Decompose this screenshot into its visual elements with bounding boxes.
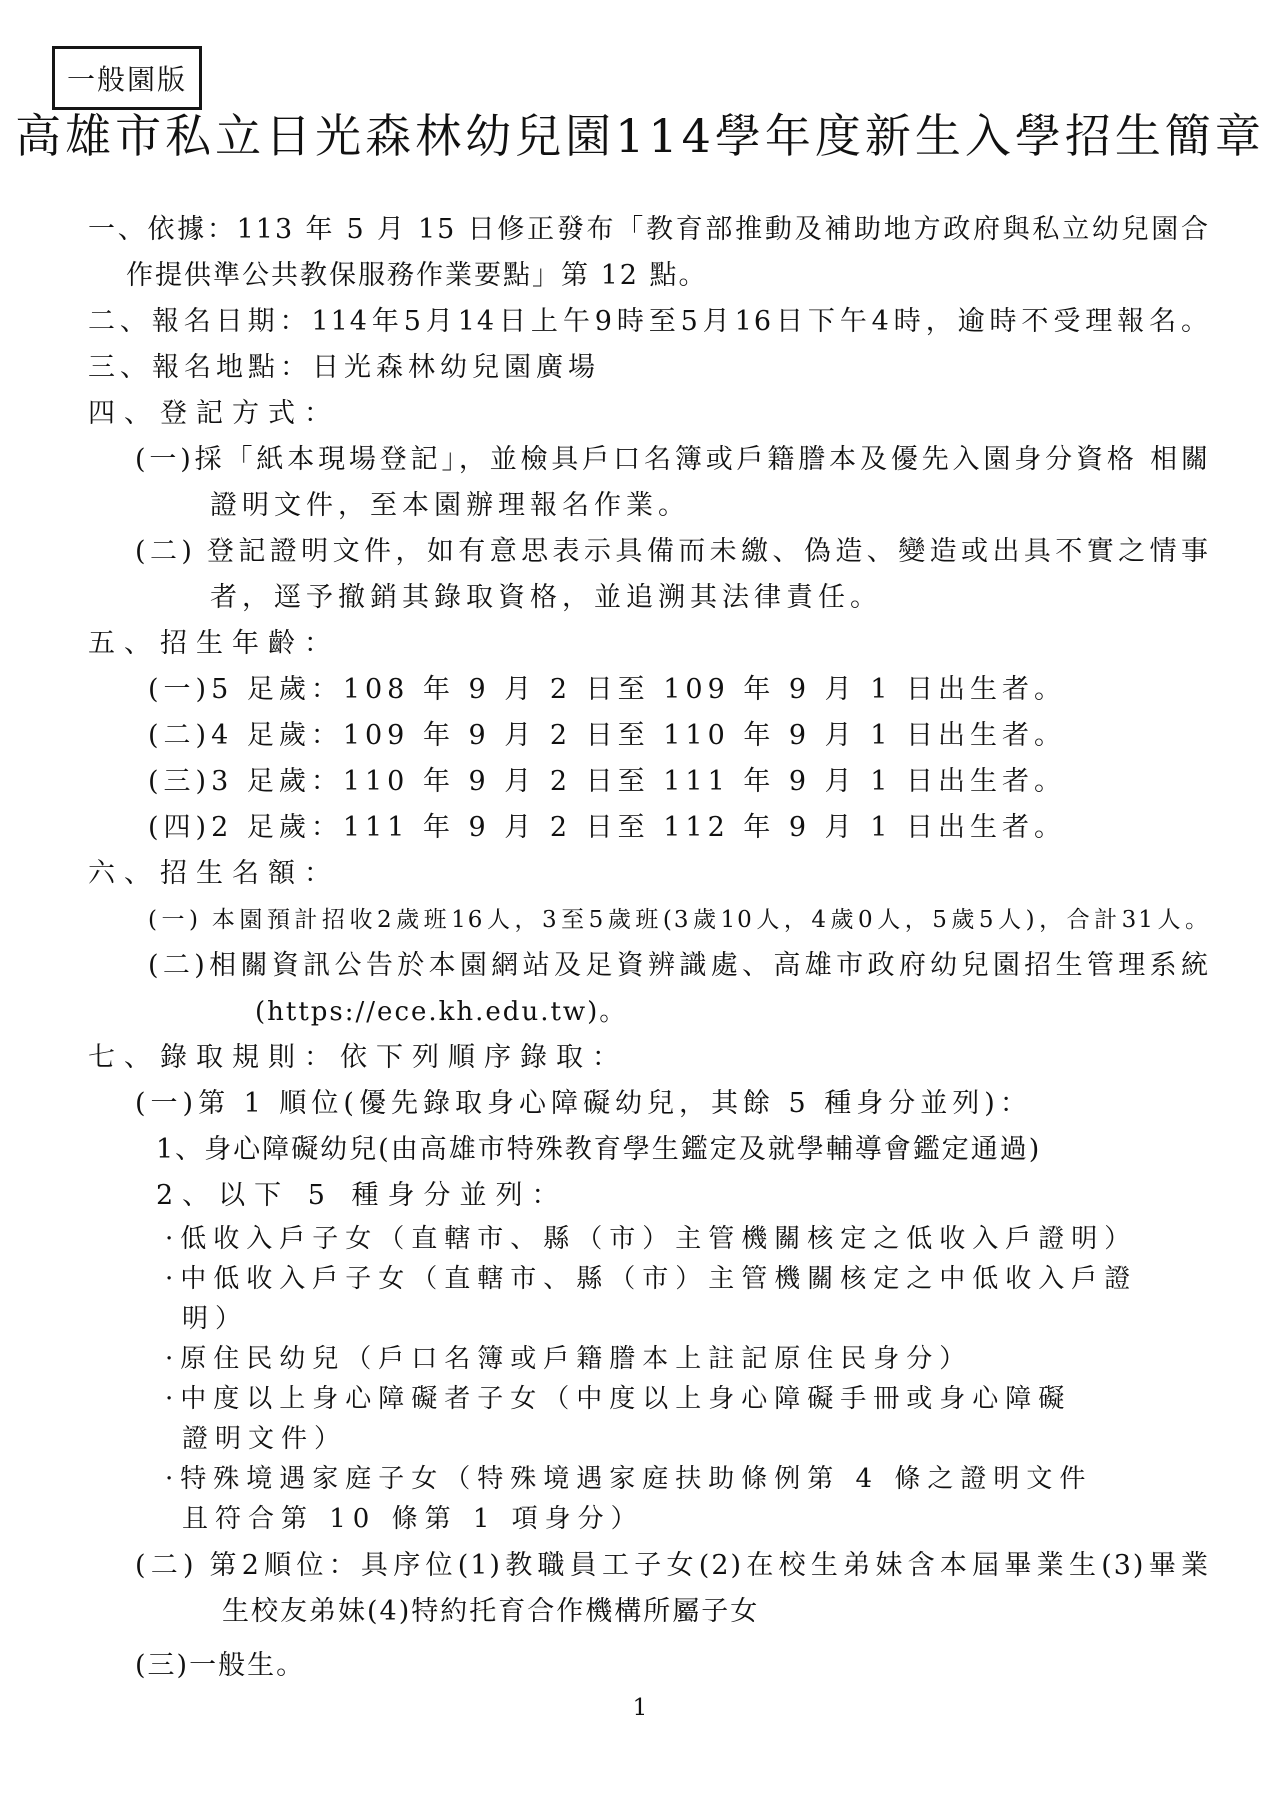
text-line: (三)一般生。 xyxy=(135,1643,1280,1689)
text-line: (二) 第2順位：具序位(1)教職員工子女(2)在校生弟妹含本屆畢業生(3)畢業 xyxy=(135,1543,1210,1589)
document-page: 一般園版 高雄市私立日光森林幼兒園114學年度新生入學招生簡章 一、依據：113… xyxy=(0,0,1280,1810)
text-line: (四)2 足歲：111 年 9 月 2 日至 112 年 9 月 1 日出生者。 xyxy=(148,805,1280,851)
text-line: (一)5 足歲：108 年 9 月 2 日至 109 年 9 月 1 日出生者。 xyxy=(148,667,1280,713)
text-line: 2、以下 5 種身分並列： xyxy=(156,1173,1280,1219)
text-line: 二、報名日期：114年5月14日上午9時至5月16日下午4時，逾時不受理報名。 xyxy=(88,299,1210,345)
text-line: 五、招生年齡： xyxy=(88,621,1280,667)
text-line: ·中低收入戶子女（直轄市、縣（市）主管機關核定之中低收入戶證 xyxy=(165,1259,1280,1299)
text-line: ·特殊境遇家庭子女（特殊境遇家庭扶助條例第 4 條之證明文件 xyxy=(165,1459,1280,1499)
page-number: 1 xyxy=(0,1695,1280,1721)
text-line: (一)採「紙本現場登記」，並檢具戶口名簿或戶籍謄本及優先入園身分資格 相關 xyxy=(135,437,1210,483)
text-line: 七、錄取規則：依下列順序錄取： xyxy=(88,1035,1280,1081)
text-line: 生校友弟妹(4)特約托育合作機構所屬子女 xyxy=(222,1589,1280,1635)
text-line: 四、登記方式： xyxy=(88,391,1280,437)
text-line: 作提供準公共教保服務作業要點」第 12 點。 xyxy=(126,253,1280,299)
text-line: 明） xyxy=(182,1299,1280,1339)
text-line: 1、身心障礙幼兒(由高雄市特殊教育學生鑑定及就學輔導會鑑定通過) xyxy=(156,1127,1280,1173)
text-line: ·低收入戶子女（直轄市、縣（市）主管機關核定之低收入戶證明） xyxy=(165,1219,1280,1259)
text-line: (二) 登記證明文件，如有意思表示具備而未繳、偽造、變造或出具不實之情事 xyxy=(135,529,1210,575)
text-line: (一)第 1 順位(優先錄取身心障礙幼兒，其餘 5 種身分並列)： xyxy=(135,1081,1280,1127)
text-line: (二)相關資訊公告於本園網站及足資辨識處、高雄市政府幼兒園招生管理系統 xyxy=(148,943,1210,989)
text-line: ·中度以上身心障礙者子女（中度以上身心障礙手冊或身心障礙 xyxy=(165,1379,1280,1419)
text-line: (https://ece.kh.edu.tw)。 xyxy=(255,989,1280,1035)
document-body: 一、依據：113 年 5 月 15 日修正發布「教育部推動及補助地方政府與私立幼… xyxy=(0,207,1280,1689)
text-line: 六、招生名額： xyxy=(88,851,1280,897)
text-line: (三)3 足歲：110 年 9 月 2 日至 111 年 9 月 1 日出生者。 xyxy=(148,759,1280,805)
text-line: (一) 本園預計招收2歲班16人，3至5歲班(3歲10人，4歲0人，5歲5人)，… xyxy=(148,897,1210,943)
text-line: 證明文件） xyxy=(182,1419,1280,1459)
document-title: 高雄市私立日光森林幼兒園114學年度新生入學招生簡章 xyxy=(0,100,1280,166)
text-line: 證明文件，至本園辦理報名作業。 xyxy=(210,483,1280,529)
text-line: 一、依據：113 年 5 月 15 日修正發布「教育部推動及補助地方政府與私立幼… xyxy=(88,207,1210,253)
text-line: 且符合第 10 條第 1 項身分） xyxy=(182,1499,1280,1539)
text-line: 者，逕予撤銷其錄取資格，並追溯其法律責任。 xyxy=(210,575,1280,621)
text-line: 三、報名地點：日光森林幼兒園廣場 xyxy=(88,345,1280,391)
text-line: ·原住民幼兒（戶口名簿或戶籍謄本上註記原住民身分） xyxy=(165,1339,1280,1379)
text-line: (二)4 足歲：109 年 9 月 2 日至 110 年 9 月 1 日出生者。 xyxy=(148,713,1280,759)
